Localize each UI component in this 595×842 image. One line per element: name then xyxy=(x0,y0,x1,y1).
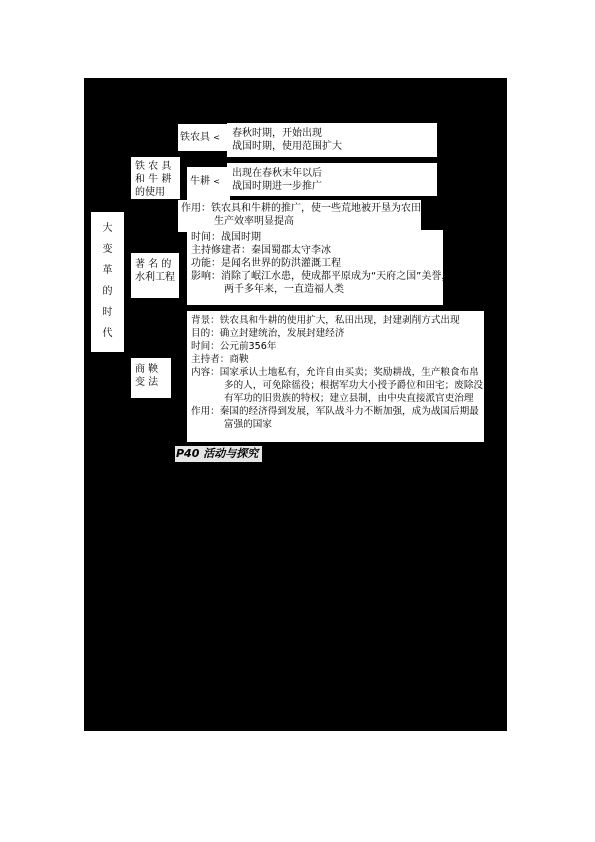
iron-tools-detail-box: 春秋时期，开始出现 战国时期，使用范围扩大 xyxy=(227,123,437,157)
label-line: 的使用 xyxy=(135,186,180,199)
ox-plowing-detail-box: 出现在春秋末年以后 战国时期进一步推广 xyxy=(227,163,437,196)
detail-line: 内容：国家承认土地私有，允许自由买卖；奖励耕战，生产粮食布帛 xyxy=(191,366,484,379)
iron-tools-label: 铁农具 xyxy=(180,132,210,143)
era-title-box: 大 变 革 的 时 代 xyxy=(91,212,124,352)
detail-line: 作用：铁农具和牛耕的推广，使一些荒地被开垦为农田， xyxy=(181,202,421,215)
detail-line: 作用：秦国的经济得到发展，军队战斗力不断加强，成为战国后期最 xyxy=(191,405,484,418)
shang-yang-detail-box: 背景：铁农具和牛耕的使用扩大，私田出现，封建剥削方式出现 目的：确立封建统治，发… xyxy=(187,311,484,442)
detail-line: 背景：铁农具和牛耕的使用扩大，私田出现，封建剥削方式出现 xyxy=(191,314,484,327)
ox-plowing-label-box: 牛耕 < xyxy=(187,167,230,200)
label-line: 铁 农 具 xyxy=(135,160,180,173)
detail-line: 时间：公元前356年 xyxy=(191,340,484,353)
detail-line: 战国时期，使用范围扩大 xyxy=(232,140,437,153)
label-line: 水利工程 xyxy=(135,271,179,284)
brace-icon: < xyxy=(213,177,220,186)
activity-heading: P40 活动与探究 xyxy=(175,446,262,462)
era-title-char: 时 xyxy=(91,302,124,323)
iron-ox-label-box: 铁 农 具 和 牛 耕 的使用 xyxy=(131,157,180,199)
era-title-char: 革 xyxy=(91,260,124,281)
iron-tools-label-box: 铁农具 < xyxy=(178,124,230,151)
water-project-label-box: 著 名 的 水利工程 xyxy=(131,253,179,298)
ox-plowing-label: 牛耕 xyxy=(190,176,210,187)
label-line: 著 名 的 xyxy=(135,258,179,271)
detail-line: 时间：战国时期 xyxy=(191,231,443,244)
detail-line: 主持者：商鞅 xyxy=(191,353,484,366)
detail-line: 多的人，可免除徭役；根据军功大小授予爵位和田宅；废除没 xyxy=(191,379,484,392)
brace-icon: < xyxy=(213,133,220,142)
detail-line: 富强的国家 xyxy=(191,418,484,431)
detail-line: 两千多年来，一直造福人类 xyxy=(191,283,443,296)
shang-yang-label-box: 商 鞅 变 法 xyxy=(131,358,171,398)
water-project-detail-box: 时间：战国时期 主持修建者：秦国蜀郡太守李冰 功能：是闻名世界的防洪灌溉工程 影… xyxy=(187,230,443,305)
detail-line: 功能：是闻名世界的防洪灌溉工程 xyxy=(191,257,443,270)
effect-box: 作用：铁农具和牛耕的推广，使一些荒地被开垦为农田， 生产效率明显提高 xyxy=(178,200,421,232)
label-line: 和 牛 耕 xyxy=(135,173,180,186)
detail-line: 有军功的旧贵族的特权；建立县制，由中央直接派官吏治理 xyxy=(191,392,484,405)
era-title-char: 变 xyxy=(91,239,124,260)
detail-line: 主持修建者：秦国蜀郡太守李冰 xyxy=(191,244,443,257)
detail-line: 生产效率明显提高 xyxy=(181,215,421,228)
era-title-char: 大 xyxy=(91,218,124,239)
detail-line: 目的：确立封建统治，发展封建经济 xyxy=(191,327,484,340)
detail-line: 影响：消除了岷江水患，使成都平原成为“天府之国”美誉， xyxy=(191,270,443,283)
label-line: 变 法 xyxy=(135,376,171,389)
detail-line: 战国时期进一步推广 xyxy=(232,180,437,193)
detail-line: 春秋时期，开始出现 xyxy=(232,127,437,140)
label-line: 商 鞅 xyxy=(135,363,171,376)
detail-line: 出现在春秋末年以后 xyxy=(232,167,437,180)
era-title-char: 代 xyxy=(91,323,124,344)
era-title-char: 的 xyxy=(91,281,124,302)
